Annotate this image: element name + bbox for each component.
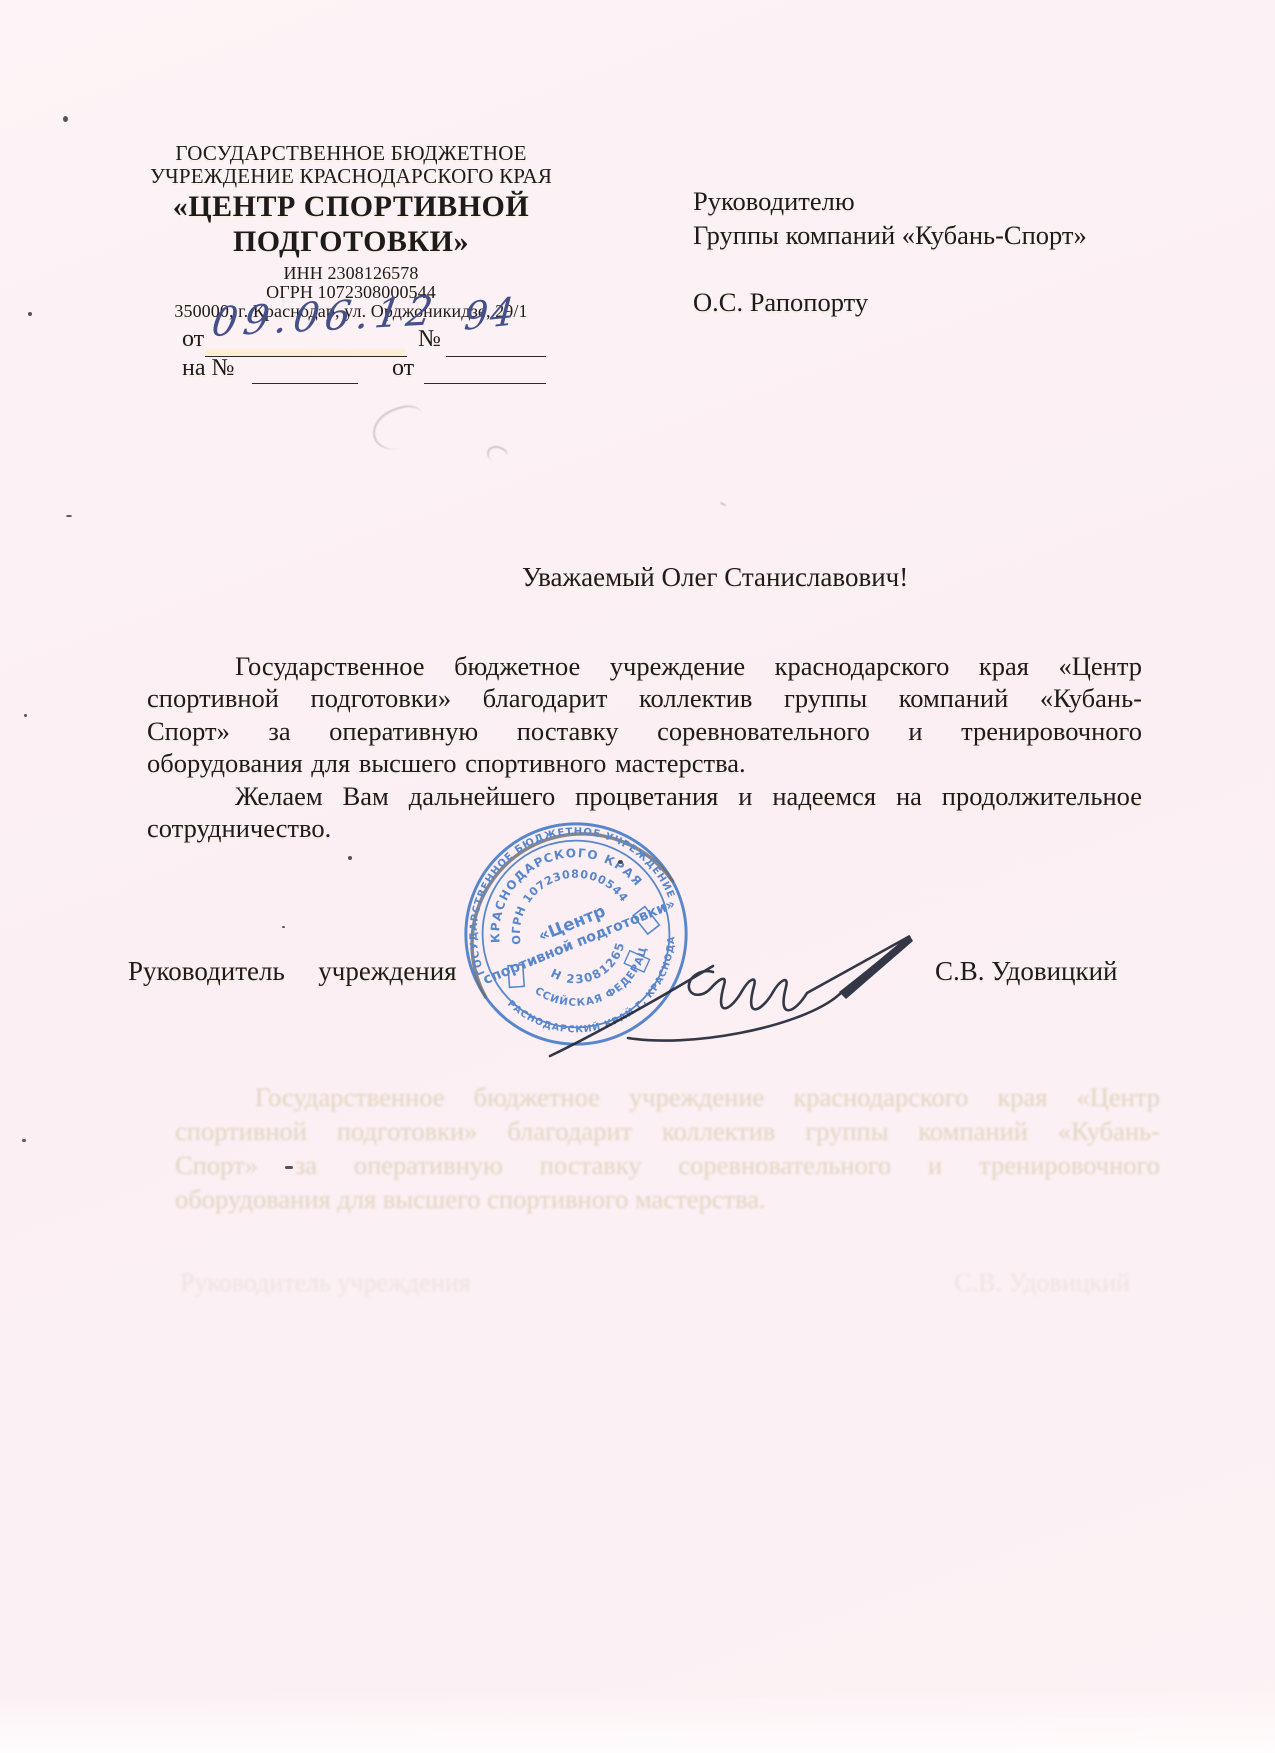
ink-speck bbox=[348, 856, 352, 860]
org-title-line2: ПОДГОТОВКИ» bbox=[145, 226, 557, 258]
na-no-underline bbox=[252, 382, 358, 384]
ghost-sig-label: Руководитель учреждения bbox=[180, 1268, 471, 1298]
ink-speck bbox=[24, 714, 27, 717]
ink-speck bbox=[22, 1139, 26, 1142]
org-name-line1: ГОСУДАРСТВЕННОЕ БЮДЖЕТНОЕ bbox=[145, 142, 557, 165]
addressee-role: Руководителю bbox=[693, 186, 855, 217]
ink-speck bbox=[282, 926, 285, 928]
bleedthrough-text-block: Государственное бюджетное учреждение кра… bbox=[175, 1080, 1160, 1216]
body-line: спортивной подготовки» благодарит коллек… bbox=[147, 682, 1142, 714]
ink-speck bbox=[66, 515, 72, 517]
scan-smudge bbox=[367, 401, 431, 456]
ghost-line: оборудования для высшего спортивного мас… bbox=[175, 1182, 1160, 1216]
date-underline bbox=[205, 355, 407, 357]
handwritten-signature bbox=[540, 820, 1020, 1070]
ref-ot-label: от bbox=[182, 326, 204, 353]
ot2-underline bbox=[424, 382, 546, 384]
ink-speck bbox=[618, 860, 623, 864]
body-line: оборудования для высшего спортивного мас… bbox=[147, 747, 1142, 779]
scanned-letter-page: ГОСУДАРСТВЕННОЕ БЮДЖЕТНОЕ УЧРЕЖДЕНИЕ КРА… bbox=[0, 0, 1275, 1753]
scan-bottom-fade bbox=[0, 1688, 1275, 1753]
scan-smudge bbox=[712, 502, 726, 521]
salutation: Уважаемый Олег Станиславович! bbox=[522, 562, 908, 593]
org-title-line1: «ЦЕНТР СПОРТИВНОЙ bbox=[145, 191, 557, 223]
ink-speck bbox=[285, 1166, 293, 1169]
handwritten-number: 94 bbox=[463, 289, 518, 339]
ink-speck bbox=[63, 116, 68, 122]
ghost-line: Спорт» за оперативную поставку соревнова… bbox=[175, 1148, 1160, 1182]
ghost-line: Государственное бюджетное учреждение кра… bbox=[175, 1080, 1160, 1114]
addressee-person: О.С. Рапопорту bbox=[693, 287, 868, 318]
ref-na-no-label: на № bbox=[182, 355, 234, 382]
bleedthrough-signature-line: Руководитель учреждения С.В. Удовицкий bbox=[180, 1268, 1130, 1298]
addressee-company: Группы компаний «Кубань-Спорт» bbox=[693, 220, 1087, 251]
ghost-line: спортивной подготовки» благодарит коллек… bbox=[175, 1114, 1160, 1148]
scan-smudge bbox=[485, 443, 510, 466]
org-inn: ИНН 2308126578 bbox=[145, 264, 557, 283]
ref-ot2-label: от bbox=[392, 355, 414, 382]
ghost-sig-name: С.В. Удовицкий bbox=[954, 1268, 1130, 1298]
org-name-line2: УЧРЕЖДЕНИЕ КРАСНОДАРСКОГО КРАЯ bbox=[145, 165, 557, 188]
ink-speck bbox=[28, 312, 32, 316]
body-line: Желаем Вам дальнейшего процветания и над… bbox=[147, 780, 1142, 812]
body-line: Спорт» за оперативную поставку соревнова… bbox=[147, 715, 1142, 747]
number-underline bbox=[446, 355, 546, 357]
signer-title: Руководитель учреждения bbox=[128, 956, 457, 987]
body-line: Государственное бюджетное учреждение кра… bbox=[147, 650, 1142, 682]
